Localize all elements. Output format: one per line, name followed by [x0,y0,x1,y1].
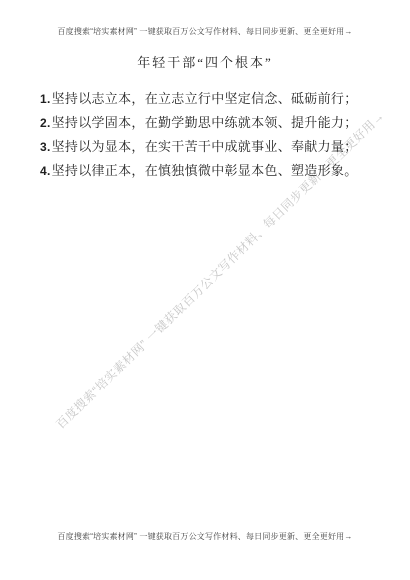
footer-promo-text: 百度搜索“培实素材网” 一键获取百万公文写作材料、每日同步更新、更全更好用→ [0,531,410,543]
item-text: 坚持以志立本，在立志立行中坚定信念、砥砺前行； [52,91,358,106]
item-text: 坚持以律正本，在慎独慎微中彰显本色、塑造形象。 [52,163,358,178]
item-number: 3. [40,140,51,154]
list-item: 2.坚持以学固本，在勤学勤思中练就本领、提升能力； [40,111,390,135]
item-text: 坚持以学固本，在勤学勤思中练就本领、提升能力； [52,115,358,130]
item-number: 4. [40,164,51,178]
list-item: 3.坚持以为显本，在实干苦干中成就事业、奉献力量； [40,135,390,159]
header-promo-text: 百度搜索“培实素材网” 一键获取百万公文写作材料、每日同步更新、更全更好用→ [0,26,410,38]
list-item: 1.坚持以志立本，在立志立行中坚定信念、砥砺前行； [40,87,390,111]
document-page: 百度搜索“培实素材网” 一键获取百万公文写作材料、每日同步更新、更全更好用→ 百… [0,0,410,580]
item-text: 坚持以为显本，在实干苦干中成就事业、奉献力量； [52,139,358,154]
item-number: 2. [40,116,51,130]
document-title: 年轻干部“四个根本” [0,55,410,71]
list-item: 4.坚持以律正本，在慎独慎微中彰显本色、塑造形象。 [40,159,390,183]
item-number: 1. [40,92,51,106]
numbered-list: 1.坚持以志立本，在立志立行中坚定信念、砥砺前行； 2.坚持以学固本，在勤学勤思… [40,87,390,183]
